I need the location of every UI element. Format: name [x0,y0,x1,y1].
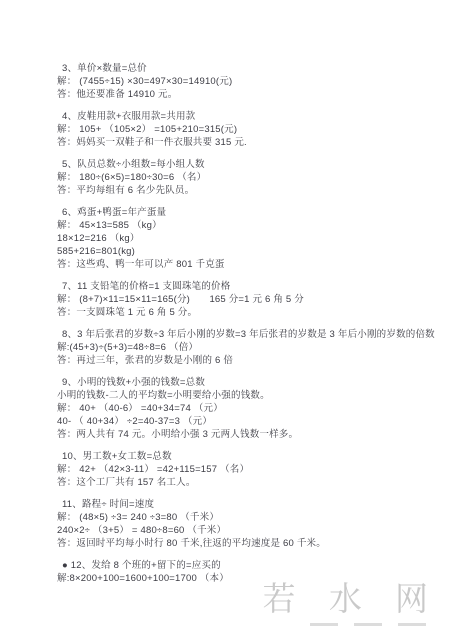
problem-item-7: 7、11 支铅笔的价格=1 支圆珠笔的价格 解： (8+7)×11=15×11=… [57,280,444,319]
solution-line: 解： 40+ （40-6） =40+34=74 （元） [57,402,444,415]
answer-line: 答：两人共有 74 元。小明给小强 3 元两人钱数一样多。 [57,428,444,441]
answer-line: 答：返回时平均每小时行 80 千米,往返的平均速度是 60 千米。 [57,537,444,550]
solution-line: 解： (7455÷15) ×30=497×30=14910(元) [57,75,444,88]
document-page: 3、单价×数量=总价 解： (7455÷15) ×30=497×30=14910… [0,0,450,634]
watermark-text: 若 水 网 [263,573,440,620]
answer-line: 答：妈妈买一双鞋子和一件衣服共要 315 元. [57,136,444,149]
watermark-bar [354,623,382,626]
solution-line: 240×2÷ （3+5） = 480÷8=60 （千米） [57,524,444,537]
document-content: 3、单价×数量=总价 解： (7455÷15) ×30=497×30=14910… [0,0,450,585]
answer-line: 答：这些鸡、鸭一年可以产 801 千克蛋 [57,258,444,271]
answer-line: 答：平均每组有 6 名少先队员。 [57,184,444,197]
watermark-bar [310,623,338,626]
problem-item-4: 4、皮鞋用款+衣服用款=共用款 解： 105+ （105×2） =105+210… [57,110,444,149]
problem-item-3: 3、单价×数量=总价 解： (7455÷15) ×30=497×30=14910… [57,62,444,101]
solution-line: 解： 42+ （42×3-11） =42+115=157 （名） [57,463,444,476]
answer-line: 答：这个工厂共有 157 名工人。 [57,476,444,489]
relation-subtitle: 小明的钱数-二人的平均数=小明要给小强的钱数。 [57,389,444,402]
problem-title: 8、3 年后张君的岁数÷3 年后小刚的岁数=3 年后张君的岁数是 3 年后小刚的… [57,328,444,341]
watermark: 若 水 网 [263,573,440,626]
solution-line: 解： 180÷(6×5)=180÷30=6 （名） [57,171,444,184]
problem-item-10: 10、男工数+女工数=总数 解： 42+ （42×3-11） =42+115=1… [57,450,444,489]
problem-item-6: 6、鸡蛋+鸭蛋=年产蛋量 解： 45×13=585 （kg） 18×12=216… [57,206,444,271]
solution-line: 解： (48×5) ÷3= 240 ÷3=80 （千米） [57,511,444,524]
solution-line: 解:(45+3)÷(5+3)=48÷8=6 （倍） [57,341,444,354]
watermark-subtext-bars [263,623,440,626]
solution-line: 585+216=801(kg) [57,245,444,258]
problem-item-9: 9、小明的钱数+小强的钱数=总数 小明的钱数-二人的平均数=小明要给小强的钱数。… [57,376,444,441]
problem-item-5: 5、队员总数÷小组数=每小组人数 解： 180÷(6×5)=180÷30=6 （… [57,158,444,197]
problem-title: 4、皮鞋用款+衣服用款=共用款 [57,110,444,123]
solution-line: 40- （ 40+34） ÷2=40-37=3 （元） [57,415,444,428]
problem-title: ● 12、发给 8 个班的+留下的=应买的 [57,559,444,572]
solution-line: 解： 45×13=585 （kg） [57,219,444,232]
problem-title: 10、男工数+女工数=总数 [57,450,444,463]
problem-item-11: 11、路程÷ 时间=速度 解： (48×5) ÷3= 240 ÷3=80 （千米… [57,498,444,550]
solution-line: 解： 105+ （105×2） =105+210=315(元) [57,123,444,136]
problem-item-8: 8、3 年后张君的岁数÷3 年后小刚的岁数=3 年后张君的岁数是 3 年后小刚的… [57,328,444,367]
problem-title: 5、队员总数÷小组数=每小组人数 [57,158,444,171]
solution-line: 解： (8+7)×11=15×11=165(分) 165 分=1 元 6 角 5… [57,293,444,306]
watermark-bar [398,623,426,626]
problem-title: 6、鸡蛋+鸭蛋=年产蛋量 [57,206,444,219]
problem-title: 3、单价×数量=总价 [57,62,444,75]
problem-title: 7、11 支铅笔的价格=1 支圆珠笔的价格 [57,280,444,293]
answer-line: 答：他还要准备 14910 元。 [57,88,444,101]
answer-line: 答：再过三年，张君的岁数是小刚的 6 倍 [57,354,444,367]
problem-title: 11、路程÷ 时间=速度 [57,498,444,511]
answer-line: 答：一支圆珠笔 1 元 6 角 5 分。 [57,306,444,319]
problem-title: 9、小明的钱数+小强的钱数=总数 [57,376,444,389]
solution-line: 18×12=216 （kg） [57,232,444,245]
